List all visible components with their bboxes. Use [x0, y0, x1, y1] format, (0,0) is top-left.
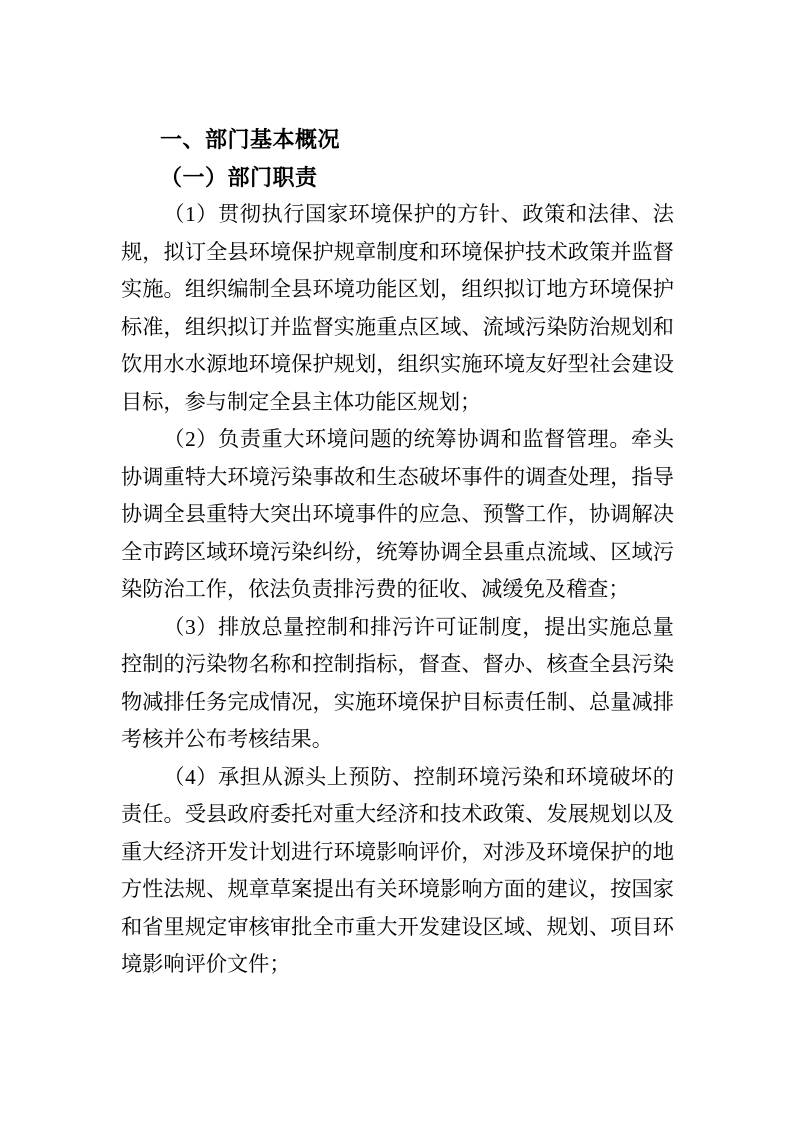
- document-page: 一、部门基本概况 （一）部门职责 （1）贯彻执行国家环境保护的方针、政策和法律、…: [0, 0, 793, 1122]
- document-content: 一、部门基本概况 （一）部门职责 （1）贯彻执行国家环境保护的方针、政策和法律、…: [121, 121, 674, 984]
- section-heading: 一、部门基本概况: [121, 121, 674, 159]
- paragraph-duty-1: （1）贯彻执行国家环境保护的方针、政策和法律、法规，拟订全县环境保护规章制度和环…: [121, 196, 674, 421]
- paragraph-duty-4: （4）承担从源头上预防、控制环境污染和环境破坏的责任。受县政府委托对重大经济和技…: [121, 759, 674, 984]
- paragraph-duty-2: （2）负责重大环境问题的统筹协调和监督管理。牵头协调重特大环境污染事故和生态破坏…: [121, 421, 674, 609]
- paragraph-duty-3: （3）排放总量控制和排污许可证制度，提出实施总量控制的污染物名称和控制指标，督查…: [121, 609, 674, 759]
- subsection-heading: （一）部门职责: [121, 159, 674, 197]
